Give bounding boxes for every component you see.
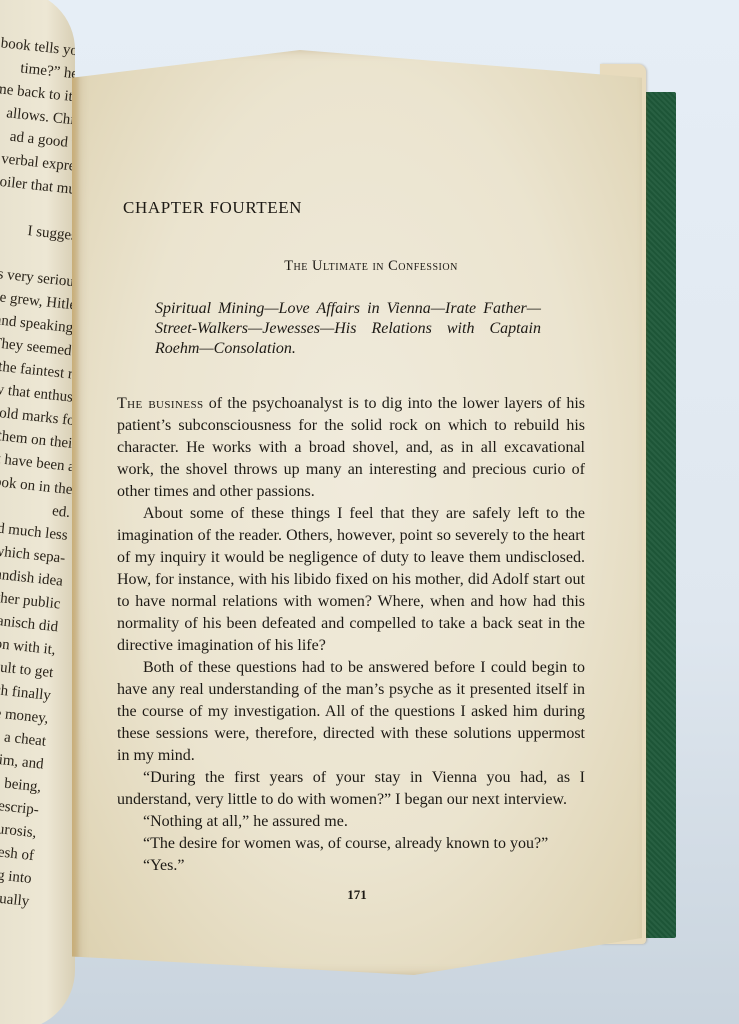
paragraph: “Yes.” — [117, 855, 585, 877]
paragraph: About some of these things I feel that t… — [117, 503, 585, 657]
paragraph: “Nothing at all,” he assured me. — [117, 811, 585, 833]
paragraph: The business of the psychoanalyst is to … — [117, 393, 585, 503]
body-text: The business of the psychoanalyst is to … — [117, 393, 585, 877]
paragraph: “During the first years of your stay in … — [117, 767, 585, 811]
left-page: book tells you whattime?” he askedme bac… — [0, 0, 75, 1024]
chapter-synopsis: Spiritual Mining—Love Affairs in Vienna—… — [155, 299, 541, 359]
lead-in: The business — [117, 395, 203, 412]
page-number: 171 — [129, 887, 585, 903]
paragraph: Both of these questions had to be answer… — [117, 657, 585, 767]
page-content: CHAPTER FOURTEEN The Ultimate in Confess… — [117, 190, 585, 903]
chapter-title: The Ultimate in Confession — [157, 258, 585, 275]
left-page-text: book tells you whattime?” he askedme bac… — [0, 30, 75, 914]
chapter-heading: CHAPTER FOURTEEN — [123, 198, 585, 218]
paragraph: “The desire for women was, of course, al… — [117, 833, 585, 855]
